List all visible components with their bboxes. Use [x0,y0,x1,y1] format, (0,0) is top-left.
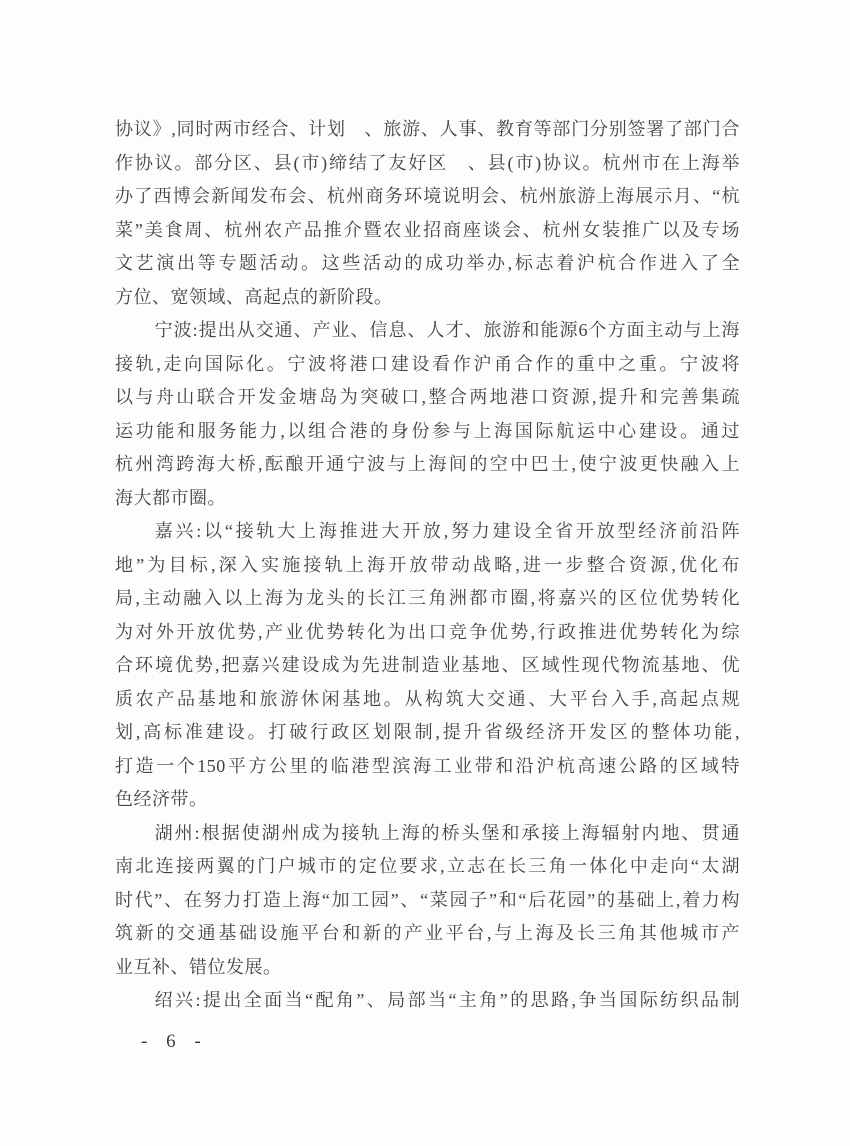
text-line: 绍兴:提出全面当“配角”、局部当“主角”的思路,争当国际纺织品制 [115,984,740,1018]
text-line: 办了西博会新闻发布会、杭州商务环境说明会、杭州旅游上海展示月、“杭 [115,180,740,214]
text-line: 宁波:提出从交通、产业、信息、人才、旅游和能源6个方面主动与上海 [115,314,740,348]
text-line: 湖州:根据使湖州成为接轨上海的桥头堡和承接上海辐射内地、贯通 [115,817,740,851]
text-line: 方位、宽领域、高起点的新阶段。 [115,281,740,315]
text-line: 划,高标准建设。打破行政区划限制,提升省级经济开发区的整体功能, [115,716,740,750]
text-line: 时代”、在努力打造上海“加工园”、“菜园子”和“后花园”的基础上,着力构 [115,884,740,918]
text-block: 协议》,同时两市经合、计划 、旅游、人事、教育等部门分别签署了部门合作协议。部分… [115,113,740,1018]
text-line: 接轨,走向国际化。宁波将港口建设看作沪甬合作的重中之重。宁波将 [115,348,740,382]
text-line: 海大都市圈。 [115,482,740,516]
page-number: - 6 - [141,1031,208,1053]
text-line: 运功能和服务能力,以组合港的身份参与上海国际航运中心建设。通过 [115,415,740,449]
text-line: 南北连接两翼的门户城市的定位要求,立志在长三角一体化中走向“太湖 [115,850,740,884]
text-line: 菜”美食周、杭州农产品推介暨农业招商座谈会、杭州女装推广以及专场 [115,214,740,248]
text-line: 以与舟山联合开发金塘岛为突破口,整合两地港口资源,提升和完善集疏 [115,381,740,415]
text-line: 业互补、错位发展。 [115,951,740,985]
text-line: 为对外开放优势,产业优势转化为出口竞争优势,行政推进优势转化为综 [115,616,740,650]
text-line: 杭州湾跨海大桥,酝酿开通宁波与上海间的空中巴士,使宁波更快融入上 [115,448,740,482]
text-line: 筑新的交通基础设施平台和新的产业平台,与上海及长三角其他城市产 [115,917,740,951]
document-page: 协议》,同时两市经合、计划 、旅游、人事、教育等部门分别签署了部门合作协议。部分… [0,0,850,1146]
text-line: 协议》,同时两市经合、计划 、旅游、人事、教育等部门分别签署了部门合 [115,113,740,147]
text-line: 局,主动融入以上海为龙头的长江三角洲都市圈,将嘉兴的区位优势转化 [115,582,740,616]
text-line: 色经济带。 [115,783,740,817]
text-line: 合环境优势,把嘉兴建设成为先进制造业基地、区域性现代物流基地、优 [115,649,740,683]
text-line: 作协议。部分区、县(市)缔结了友好区 、县(市)协议。杭州市在上海举 [115,147,740,181]
text-line: 质农产品基地和旅游休闲基地。从构筑大交通、大平台入手,高起点规 [115,683,740,717]
text-line: 打造一个150平方公里的临港型滨海工业带和沿沪杭高速公路的区域特 [115,750,740,784]
text-line: 嘉兴:以“接轨大上海推进大开放,努力建设全省开放型经济前沿阵 [115,515,740,549]
text-line: 地”为目标,深入实施接轨上海开放带动战略,进一步整合资源,优化布 [115,549,740,583]
text-line: 文艺演出等专题活动。这些活动的成功举办,标志着沪杭合作进入了全 [115,247,740,281]
